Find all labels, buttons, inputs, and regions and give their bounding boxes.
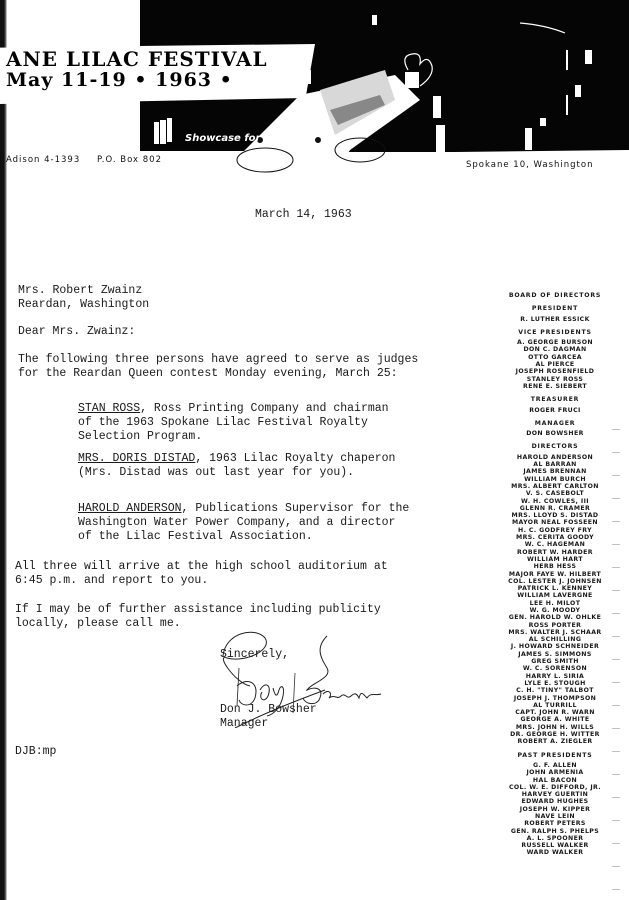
assistance-paragraph: If I may be of further assistance includ… xyxy=(15,603,381,631)
recipient-name: Mrs. Robert Zwainz xyxy=(18,284,142,298)
judge-desc: of the 1963 Spokane Lilac Festival Royal… xyxy=(78,416,368,429)
board-member: PATRICK L. KENNEY xyxy=(480,585,629,592)
judge-desc: (Mrs. Distad was out last year for you). xyxy=(78,466,354,479)
board-member: MRS. WALTER J. SCHAAR xyxy=(480,629,629,636)
intro-line: for the Reardan Queen contest Monday eve… xyxy=(18,367,398,380)
board-of-directors: BOARD OF DIRECTORS PRESIDENTR. LUTHER ES… xyxy=(480,292,629,857)
board-sections: PRESIDENTR. LUTHER ESSICKVICE PRESIDENTS… xyxy=(480,305,629,856)
arrival-line: 6:45 p.m. and report to you. xyxy=(15,574,208,587)
board-member: CAPT. JOHN R. WARN xyxy=(480,709,629,716)
judge-desc: , Publications Supervisor for the xyxy=(182,502,410,515)
judge-desc: Washington Water Power Company, and a di… xyxy=(78,516,395,529)
judge-entry: STAN ROSS, Ross Printing Company and cha… xyxy=(78,402,389,444)
board-member: G. F. ALLEN xyxy=(480,762,629,769)
board-member: HAROLD ANDERSON xyxy=(480,454,629,461)
board-member: GREG SMITH xyxy=(480,658,629,665)
board-member: GEN. HAROLD W. OHLKE xyxy=(480,614,629,621)
board-member: NAVE LEIN xyxy=(480,813,629,820)
signer-name: Don J. Bowsher xyxy=(220,703,317,717)
judge-name: STAN ROSS xyxy=(78,402,140,415)
city-address: Spokane 10, Washington xyxy=(466,160,593,170)
board-member: COL. LESTER J. JOHNSEN xyxy=(480,578,629,585)
board-member: HERB HESS xyxy=(480,563,629,570)
board-member: A. GEORGE BURSON xyxy=(480,339,629,346)
recipient-address: Reardan, Washington xyxy=(18,298,149,312)
signer-title: Manager xyxy=(220,717,268,731)
board-member: J. HOWARD SCHNEIDER xyxy=(480,643,629,650)
judge-entry: MRS. DORIS DISTAD, 1963 Lilac Royalty ch… xyxy=(78,452,395,480)
board-member: JAMES S. SIMMONS xyxy=(480,651,629,658)
board-heading: BOARD OF DIRECTORS xyxy=(480,292,629,299)
board-member: W. C. HAGEMAN xyxy=(480,541,629,548)
assistance-line: locally, please call me. xyxy=(15,617,181,630)
salutation: Dear Mrs. Zwainz: xyxy=(18,325,135,339)
board-member: LYLE E. STOUGH xyxy=(480,680,629,687)
board-section-title: DIRECTORS xyxy=(480,443,629,450)
scan-noise xyxy=(612,420,620,890)
board-member: H. C. GODFREY FRY xyxy=(480,527,629,534)
festival-tagline: Showcase for Youth xyxy=(185,133,296,144)
assistance-line: If I may be of further assistance includ… xyxy=(15,603,381,616)
board-member: DR. GEORGE H. WITTER xyxy=(480,731,629,738)
arrival-paragraph: All three will arrive at the high school… xyxy=(15,560,388,588)
board-member: JOHN ARMENIA xyxy=(480,769,629,776)
board-member: OTTO GARCEA xyxy=(480,354,629,361)
board-section-title: PAST PRESIDENTS xyxy=(480,752,629,759)
board-member: C. H. "TINY" TALBOT xyxy=(480,687,629,694)
arrival-line: All three will arrive at the high school… xyxy=(15,560,388,573)
letter-date: March 14, 1963 xyxy=(255,208,352,222)
board-section-title: PRESIDENT xyxy=(480,305,629,312)
board-member: GEN. RALPH S. PHELPS xyxy=(480,828,629,835)
typist-initials: DJB:mp xyxy=(15,745,56,759)
board-member: MRS. JOHN H. WILLS xyxy=(480,724,629,731)
judge-desc: , 1963 Lilac Royalty chaperon xyxy=(195,452,395,465)
board-member: MAYOR NEAL FOSSEEN xyxy=(480,519,629,526)
judge-desc: of the Lilac Festival Association. xyxy=(78,530,313,543)
board-member: WARD WALKER xyxy=(480,849,629,856)
judge-name: HAROLD ANDERSON xyxy=(78,502,182,515)
board-member: AL BARRAN xyxy=(480,461,629,468)
board-member: MRS. ALBERT CARLTON xyxy=(480,483,629,490)
board-member: RUSSELL WALKER xyxy=(480,842,629,849)
festival-title: ANE LILAC FESTIVAL xyxy=(6,47,268,71)
board-member: W. G. MOODY xyxy=(480,607,629,614)
board-member: DON BOWSHER xyxy=(480,430,629,437)
board-member: JOSEPH ROSENFIELD xyxy=(480,368,629,375)
board-member: AL TURRILL xyxy=(480,702,629,709)
judge-entry: HAROLD ANDERSON, Publications Supervisor… xyxy=(78,502,409,544)
phone-number: Adison 4-1393 xyxy=(6,155,80,165)
board-member: JOSEPH J. THOMPSON xyxy=(480,695,629,702)
board-member: A. L. SPOONER xyxy=(480,835,629,842)
board-member: HARRY L. SIRIA xyxy=(480,673,629,680)
board-member: RENE E. SIEBERT xyxy=(480,383,629,390)
board-member: ROBERT A. ZIEGLER xyxy=(480,738,629,745)
board-member: WILLIAM BURCH xyxy=(480,476,629,483)
board-member: HAL BACON xyxy=(480,777,629,784)
board-member: MRS. LLOYD S. DISTAD xyxy=(480,512,629,519)
judge-desc: , Ross Printing Company and chairman xyxy=(140,402,388,415)
po-box: P.O. Box 802 xyxy=(97,155,162,165)
judge-desc: Selection Program. xyxy=(78,430,202,443)
board-member: ROSS PORTER xyxy=(480,622,629,629)
board-member: LEE H. MILOT xyxy=(480,600,629,607)
board-member: HARVEY GUERTIN xyxy=(480,791,629,798)
board-member: ROBERT PETERS xyxy=(480,820,629,827)
judge-name: MRS. DORIS DISTAD xyxy=(78,452,195,465)
board-member: ROBERT W. HARDER xyxy=(480,549,629,556)
board-member: STANLEY ROSS xyxy=(480,376,629,383)
board-member: WILLIAM HART xyxy=(480,556,629,563)
board-member: MAJOR FAYE W. HILBERT xyxy=(480,571,629,578)
board-member: WILLIAM LAVERGNE xyxy=(480,592,629,599)
intro-paragraph: The following three persons have agreed … xyxy=(18,353,418,381)
board-member: JAMES BRENNAN xyxy=(480,468,629,475)
board-member: ROGER FRUCI xyxy=(480,407,629,414)
board-member: GLENN R. CRAMER xyxy=(480,505,629,512)
board-member: EDWARD HUGHES xyxy=(480,798,629,805)
intro-line: The following three persons have agreed … xyxy=(18,353,418,366)
board-member: W. H. COWLES, III xyxy=(480,498,629,505)
board-member: GEORGE A. WHITE xyxy=(480,716,629,723)
board-section-title: MANAGER xyxy=(480,420,629,427)
board-member: JOSEPH W. KIPPER xyxy=(480,806,629,813)
board-section-title: VICE PRESIDENTS xyxy=(480,329,629,336)
festival-dates: May 11-19 • 1963 • xyxy=(6,69,233,91)
board-member: DON C. DAGMAN xyxy=(480,346,629,353)
board-member: V. S. CASEBOLT xyxy=(480,490,629,497)
board-member: R. LUTHER ESSICK xyxy=(480,316,629,323)
board-member: MRS. CERITA GOODY xyxy=(480,534,629,541)
board-member: AL PIERCE xyxy=(480,361,629,368)
board-member: W. C. SORENSON xyxy=(480,665,629,672)
board-member: COL. W. E. DIFFORD, JR. xyxy=(480,784,629,791)
board-section-title: TREASURER xyxy=(480,396,629,403)
board-member: AL SCHILLING xyxy=(480,636,629,643)
